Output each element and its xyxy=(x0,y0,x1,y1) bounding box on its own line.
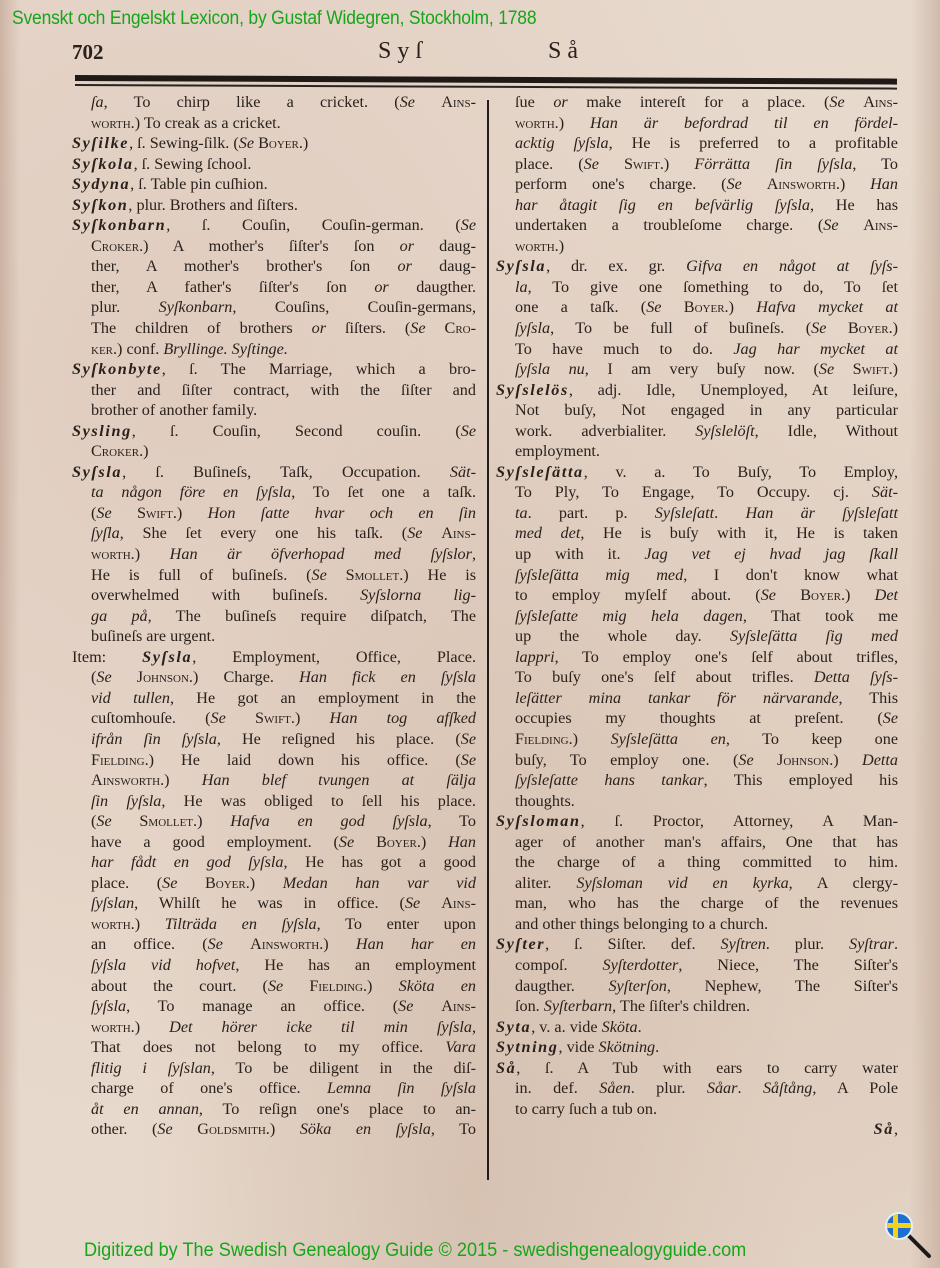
text-segment: Ainsworth xyxy=(250,935,319,953)
text-line: Syſkola, ſ. Sewing ſchool. xyxy=(72,154,476,175)
text-segment: har fådt en god ſyſsla xyxy=(91,853,284,871)
watermark-title: Svenskt och Engelskt Lexicon, by Gustaf … xyxy=(12,8,536,30)
text-segment xyxy=(112,504,137,522)
text-segment: Ains- xyxy=(441,997,476,1015)
text-segment xyxy=(354,833,376,851)
text-line: lappri, To employ one's ſelf about trifl… xyxy=(496,647,898,668)
text-segment: make intereſt for a place. ( xyxy=(568,93,830,111)
text-segment: daugther. xyxy=(389,278,476,296)
text-segment: ker xyxy=(91,340,113,358)
text-segment: Förrätta ſin ſyſsla xyxy=(694,155,852,173)
text-segment: Se xyxy=(461,422,476,440)
text-segment: Vara xyxy=(445,1038,476,1056)
text-segment: , He is preferred to a profitable xyxy=(609,134,898,152)
text-segment: ſin ſyſsla xyxy=(91,792,161,810)
text-segment: or xyxy=(374,278,388,296)
text-segment: Boyer xyxy=(376,833,417,851)
text-segment: Johnson xyxy=(137,668,189,686)
text-segment: Syſslorna lig- xyxy=(360,586,476,604)
text-segment xyxy=(173,1120,198,1138)
text-segment: . part. p. xyxy=(528,504,655,522)
text-segment: Medan han var vid xyxy=(283,874,476,892)
text-segment: , She ſet every one his taſk. ( xyxy=(120,524,407,542)
text-segment: Swift xyxy=(137,504,173,522)
text-segment: , v. a. To Buſy, To Employ, xyxy=(584,463,898,481)
text-segment: Bryllinge. Syſtinge. xyxy=(163,340,288,358)
text-line: compoſ. Syſterdotter, Niece, The Siſter'… xyxy=(496,955,898,976)
text-segment: Ains- xyxy=(863,216,898,234)
text-segment: Se xyxy=(405,894,420,912)
guide-word-right: Så xyxy=(548,38,584,65)
text-line: Syſslelös, adj. Idle, Unemployed, At lei… xyxy=(496,380,898,401)
text-segment: Ains- xyxy=(863,93,898,111)
header-rule-thick xyxy=(75,75,897,85)
text-segment: one a taſk. ( xyxy=(515,298,646,316)
text-segment: or xyxy=(312,319,326,337)
text-line: Croker.) xyxy=(72,441,476,462)
text-segment: Tilträda en ſyſsla xyxy=(165,915,317,933)
text-segment: , ſ. Sewing-ſilk. ( xyxy=(129,134,239,152)
headword: Så xyxy=(874,1120,894,1138)
text-line: Syſsleſätta, v. a. To Buſy, To Employ, xyxy=(496,462,898,483)
text-segment: to carry ſuch a tub on. xyxy=(515,1100,657,1118)
text-segment: Se xyxy=(646,298,661,316)
text-line: undertaken a troubleſome charge. (Se Ain… xyxy=(496,215,898,236)
text-segment: , ſ. Siſter. def. xyxy=(545,935,720,953)
text-segment: , xyxy=(894,1120,898,1138)
headword: Sytning xyxy=(496,1038,558,1056)
text-line: ſin ſyſsla, He was obliged to ſell his p… xyxy=(72,791,476,812)
headword: Sysling xyxy=(72,422,132,440)
text-segment: work. adverbialiter. xyxy=(515,422,695,440)
text-segment: , He was obliged to ſell his place. xyxy=(161,792,476,810)
text-segment: ifrån ſin ſyſsla xyxy=(91,730,217,748)
headword: Syſkonbyte xyxy=(72,360,162,378)
text-segment: , I am very buſy now. ( xyxy=(585,360,819,378)
text-segment: Smollet xyxy=(139,812,193,830)
text-segment: Det hörer icke til min ſyſsla xyxy=(169,1018,472,1036)
text-segment: Han tog afſked xyxy=(330,709,476,727)
text-segment: vid tullen xyxy=(91,689,170,707)
text-line: ſyſsleſätta mig med, I don't know what xyxy=(496,565,898,586)
text-segment: , To xyxy=(428,812,476,830)
text-line: other. (Se Goldsmith.) Söka en ſyſsla, T… xyxy=(72,1119,476,1140)
text-line: Syſilke, ſ. Sewing-ſilk. (Se Boyer.) xyxy=(72,133,476,154)
text-segment xyxy=(177,874,205,892)
column-divider xyxy=(487,100,489,1180)
text-segment: .) xyxy=(829,751,862,769)
text-segment: , A Pole xyxy=(812,1079,898,1097)
text-segment: Swift xyxy=(624,155,660,173)
right-column: ſue or make intereſt for a place. (Se Ai… xyxy=(496,92,898,1140)
text-line: ſyſsla, To be full of buſineſs. (Se Boye… xyxy=(496,318,898,339)
text-segment: Hafva mycket at xyxy=(756,298,898,316)
text-segment xyxy=(826,319,847,337)
text-segment: To buſy one's ſelf about trifles. xyxy=(515,668,814,686)
guide-word-left: Syſ xyxy=(378,38,428,65)
text-line: worth.) To creak as a cricket. xyxy=(72,113,476,134)
page-edge-shadow-right xyxy=(910,0,940,1268)
text-segment: Gifva en något at ſyſs- xyxy=(686,257,898,275)
text-segment: , To ſet one a taſk. xyxy=(291,483,476,501)
text-segment: overwhelmed with buſineſs. xyxy=(91,586,360,604)
text-segment: flitig i ſyſslan xyxy=(91,1059,211,1077)
text-line: brother of another family. xyxy=(72,400,476,421)
text-segment: Se xyxy=(96,668,111,686)
text-segment: up the whole day. xyxy=(515,627,730,645)
text-segment: worth xyxy=(91,915,131,933)
text-segment xyxy=(327,566,346,584)
text-line: ſyſsla, To manage an office. (Se Ains- xyxy=(72,996,476,1017)
text-segment: .) xyxy=(889,319,898,337)
text-segment: Jag har mycket at xyxy=(733,340,898,358)
text-segment: Not buſy, Not engaged in any particular xyxy=(515,401,898,419)
text-line: ſyſslan, Whilſt he was in office. (Se Ai… xyxy=(72,893,476,914)
text-line: place. (Se Boyer.) Medan han var vid xyxy=(72,873,476,894)
text-segment: Syſsloman vid en kyrka xyxy=(576,874,788,892)
text-line: worth.) Det hörer icke til min ſyſsla, xyxy=(72,1017,476,1038)
text-line: ſon. Syſterbarn, The ſiſter's children. xyxy=(496,996,898,1017)
text-segment: buſy, To employ one. ( xyxy=(515,751,738,769)
text-segment: Se xyxy=(96,812,111,830)
text-segment: , ſ. Table pin cuſhion. xyxy=(130,175,268,193)
text-segment: about the court. ( xyxy=(91,977,268,995)
text-segment: Se xyxy=(312,566,327,584)
text-segment: har åtagit ſig en beſvärlig ſyſsla xyxy=(515,196,810,214)
text-line: thoughts. xyxy=(496,791,898,812)
text-segment xyxy=(223,935,250,953)
text-line: Syſsloman, ſ. Proctor, Attorney, A Man- xyxy=(496,811,898,832)
text-segment: ſue xyxy=(515,93,553,111)
text-segment: Se xyxy=(407,524,422,542)
text-segment: Se xyxy=(410,319,425,337)
text-segment: thoughts. xyxy=(515,792,575,810)
text-segment: , He got an employment in the xyxy=(170,689,476,707)
text-segment: Boyer xyxy=(800,586,841,604)
text-segment: . plur. xyxy=(631,1079,707,1097)
text-segment: plur. xyxy=(91,298,159,316)
text-line: Syſsla, dr. ex. gr. Gifva en något at ſy… xyxy=(496,256,898,277)
text-segment xyxy=(422,524,441,542)
text-segment: , ſ. Buſineſs, Taſk, Occupation. xyxy=(122,463,450,481)
text-segment: Hafva en god ſyſsla xyxy=(230,812,427,830)
text-segment: , To enter upon xyxy=(317,915,476,933)
text-segment: . xyxy=(714,504,745,522)
text-segment: .) He laid down his office. ( xyxy=(145,751,461,769)
text-line: har åtagit ſig en beſvärlig ſyſsla, He h… xyxy=(496,195,898,216)
text-segment: To chirp like a cricket. ( xyxy=(108,93,400,111)
text-segment: Se xyxy=(398,997,413,1015)
text-segment: Se xyxy=(823,216,838,234)
text-segment: Han har en xyxy=(356,935,476,953)
text-segment: the charge of a thing committed to him. xyxy=(515,853,898,871)
text-segment: ſyſsleſätta mig med xyxy=(515,566,683,584)
footer-credit: Digitized by The Swedish Genealogy Guide… xyxy=(84,1239,746,1262)
text-segment: , He has an employment xyxy=(235,956,476,974)
text-line: up with it. Jag vet ej hvad jag ſkall xyxy=(496,544,898,565)
text-segment: .) xyxy=(139,442,148,460)
text-line: åt en annan, To reſign one's place to an… xyxy=(72,1099,476,1120)
text-segment: .) xyxy=(246,874,283,892)
text-segment: , Couſins, Couſin-germans, xyxy=(232,298,476,316)
text-line: Croker.) A mother's ſiſter's ſon or daug… xyxy=(72,236,476,257)
text-segment xyxy=(834,360,853,378)
text-segment: , xyxy=(472,1018,476,1036)
headword: Syſsleſätta xyxy=(496,463,584,481)
text-segment: .) xyxy=(555,114,590,132)
text-segment: , vide xyxy=(558,1038,598,1056)
text-segment: , v. a. vide xyxy=(531,1018,601,1036)
text-line: one a taſk. (Se Boyer.) Hafva mycket at xyxy=(496,297,898,318)
text-segment: Sät- xyxy=(450,463,476,481)
text-segment: , To manage an office. ( xyxy=(126,997,398,1015)
text-line: har fådt en god ſyſsla, He has got a goo… xyxy=(72,852,476,873)
text-segment: .) conf. xyxy=(113,340,163,358)
text-segment: and other things belonging to a church. xyxy=(515,915,768,933)
headword: Syſsloman xyxy=(496,812,581,830)
text-segment: Se xyxy=(738,751,753,769)
text-segment: Se xyxy=(727,175,742,193)
text-line: Syſter, ſ. Siſter. def. Syſtren. plur. S… xyxy=(496,934,898,955)
text-segment: Han är ſyſsleſatt xyxy=(745,504,898,522)
text-segment: .) A mother's ſiſter's ſon xyxy=(139,237,400,255)
text-segment: Såen xyxy=(599,1079,630,1097)
text-segment: .) xyxy=(555,237,564,255)
text-line: Item: Syſsla, Employment, Office, Place. xyxy=(72,647,476,668)
text-line: med det, He is buſy with it, He is taken xyxy=(496,523,898,544)
text-segment: .) xyxy=(131,545,170,563)
text-line: Sytning, vide Skötning. xyxy=(496,1037,898,1058)
text-segment: , xyxy=(472,545,476,563)
text-segment: ſyſsla nu xyxy=(515,360,585,378)
text-line: Sysling, ſ. Couſin, Second couſin. (Se xyxy=(72,421,476,442)
headword: Syſsla xyxy=(142,648,192,666)
text-segment: Se xyxy=(96,504,111,522)
text-line: (Se Johnson.) Charge. Han fick en ſyſsla xyxy=(72,667,476,688)
text-line: the charge of a thing committed to him. xyxy=(496,852,898,873)
text-segment: or xyxy=(400,237,414,255)
text-line: That does not belong to my office. Vara xyxy=(72,1037,476,1058)
text-segment: worth xyxy=(91,545,131,563)
text-segment: Se xyxy=(584,155,599,173)
text-segment: Swift xyxy=(255,709,291,727)
text-segment: .) xyxy=(417,833,448,851)
text-segment: He is full of buſineſs. ( xyxy=(91,566,312,584)
text-segment: Se xyxy=(461,751,476,769)
text-segment: To have much to do. xyxy=(515,340,733,358)
text-segment: worth xyxy=(515,114,555,132)
text-segment: Lemna ſin ſyſsla xyxy=(327,1079,476,1097)
text-segment: .) xyxy=(660,155,694,173)
text-line: Ainsworth.) Han blef tvungen at ſälja xyxy=(72,770,476,791)
text-segment: The children of brothers xyxy=(91,319,312,337)
text-segment: .) xyxy=(836,175,870,193)
text-segment: , To xyxy=(852,155,898,173)
text-segment: an office. ( xyxy=(91,935,208,953)
text-line: perform one's charge. (Se Ainsworth.) Ha… xyxy=(496,174,898,195)
text-line: Fielding.) He laid down his office. (Se xyxy=(72,750,476,771)
text-segment: charge of one's office. xyxy=(91,1079,327,1097)
text-line: ſyſsla nu, I am very buſy now. (Se Swift… xyxy=(496,359,898,380)
text-line: flitig i ſyſslan, To be diligent in the … xyxy=(72,1058,476,1079)
text-segment: Syſkonbarn xyxy=(159,298,233,316)
text-segment: Se xyxy=(829,93,844,111)
text-segment: ſyſslan xyxy=(91,894,134,912)
text-segment: Han är öfverhopad med ſyſslor xyxy=(170,545,472,563)
text-segment: Se xyxy=(811,319,826,337)
text-line: To have much to do. Jag har mycket at xyxy=(496,339,898,360)
text-segment: , I don't know what xyxy=(683,566,898,584)
text-segment: Han fick en ſyſsla xyxy=(299,668,476,686)
text-segment: man, who has the charge of the revenues xyxy=(515,894,898,912)
page-edge-shadow-left xyxy=(0,0,20,1268)
text-segment: , That took me xyxy=(743,607,898,625)
text-segment: .) xyxy=(841,586,875,604)
text-segment: Boyer xyxy=(258,134,299,152)
text-segment: Fielding xyxy=(91,751,145,769)
text-segment: .) xyxy=(319,935,356,953)
text-segment: . xyxy=(655,1038,659,1056)
text-line: ga på, The buſineſs require diſpatch, Th… xyxy=(72,606,476,627)
text-segment: Goldsmith xyxy=(197,1120,266,1138)
text-segment: ſyſsla xyxy=(515,319,550,337)
text-segment: , To be full of buſineſs. ( xyxy=(550,319,811,337)
text-segment: Se xyxy=(211,709,226,727)
text-segment: , To be diligent in the diſ- xyxy=(211,1059,476,1077)
text-segment: Han xyxy=(448,833,476,851)
text-segment: .) xyxy=(266,1120,300,1138)
text-line: ta någon före en ſyſsla, To ſet one a ta… xyxy=(72,482,476,503)
text-segment: Se xyxy=(157,1120,172,1138)
text-line: plur. Syſkonbarn, Couſins, Couſin-german… xyxy=(72,297,476,318)
text-segment: Sköta xyxy=(602,1018,638,1036)
text-line: employment. xyxy=(496,441,898,462)
text-segment: . plur. xyxy=(766,935,849,953)
text-segment: , To give one ſomething to do, To ſet xyxy=(528,278,898,296)
text-segment: , To reſign one's place to an- xyxy=(199,1100,476,1118)
text-segment: other. ( xyxy=(91,1120,157,1138)
text-line: have a good employment. (Se Boyer.) Han xyxy=(72,832,476,853)
text-segment: Se xyxy=(819,360,834,378)
headword: Syſkola xyxy=(72,155,134,173)
text-segment: in. def. xyxy=(515,1079,599,1097)
text-segment: , He reſigned his place. ( xyxy=(217,730,461,748)
text-line: ker.) conf. Bryllinge. Syſtinge. xyxy=(72,339,476,360)
text-line: The children of brothers or ſiſters. (Se… xyxy=(72,318,476,339)
text-segment: worth xyxy=(91,1018,131,1036)
text-segment: perform one's charge. ( xyxy=(515,175,727,193)
text-segment xyxy=(776,586,800,604)
text-segment: . xyxy=(737,1079,762,1097)
text-segment: leſätter mina tankar för närvarande xyxy=(515,689,839,707)
text-segment: Syſsleſätta en xyxy=(611,730,726,748)
text-segment: , Employment, Office, Place. xyxy=(192,648,476,666)
text-segment: Han är befordrad til en fördel- xyxy=(590,114,898,132)
text-line: overwhelmed with buſineſs. Syſslorna lig… xyxy=(72,585,476,606)
text-segment: That does not belong to my office. xyxy=(91,1038,445,1056)
text-segment: , To keep one xyxy=(726,730,898,748)
text-segment: Boyer xyxy=(684,298,725,316)
text-line: ther, A father's ſiſter's ſon or daugthe… xyxy=(72,277,476,298)
text-line: ifrån ſin ſyſsla, He reſigned his place.… xyxy=(72,729,476,750)
text-segment: , The buſineſs require diſpatch, The xyxy=(148,607,476,625)
text-segment: Sköta en xyxy=(399,977,476,995)
text-segment: .) xyxy=(291,709,330,727)
text-line: ſue or make intereſt for a place. (Se Ai… xyxy=(496,92,898,113)
text-segment xyxy=(599,155,624,173)
text-segment xyxy=(754,751,777,769)
text-segment xyxy=(661,298,683,316)
text-segment: Syſsleſatt xyxy=(655,504,714,522)
text-segment: åt en annan xyxy=(91,1100,199,1118)
text-segment xyxy=(413,997,441,1015)
text-segment: Se xyxy=(339,833,354,851)
text-segment: ta någon före en ſyſsla xyxy=(91,483,291,501)
text-segment: Sät- xyxy=(872,483,898,501)
text-segment: to employ myſelf about. ( xyxy=(515,586,761,604)
headword: Syſkon xyxy=(72,196,128,214)
text-segment: Croker xyxy=(91,442,139,460)
text-segment: Fielding xyxy=(515,730,569,748)
text-segment: , He has xyxy=(810,196,898,214)
text-segment: Söka en ſyſsla xyxy=(300,1120,431,1138)
text-segment: Item: xyxy=(72,648,142,666)
text-segment: , dr. ex. gr. xyxy=(546,257,686,275)
text-segment: daugther. xyxy=(515,977,608,995)
text-segment: ſiſters. ( xyxy=(326,319,410,337)
text-segment: .) xyxy=(299,134,308,152)
text-segment: Se xyxy=(208,935,223,953)
text-segment: , This employed his xyxy=(704,771,898,789)
text-segment: Det xyxy=(875,586,898,604)
text-line: To Ply, To Engage, To Occupy. cj. Sät- xyxy=(496,482,898,503)
text-segment: or xyxy=(397,257,411,275)
text-segment: Fielding xyxy=(309,977,363,995)
text-segment xyxy=(742,175,767,193)
text-segment: Smollet xyxy=(346,566,400,584)
text-segment: Johnson xyxy=(777,751,829,769)
text-segment: Detta ſyſs- xyxy=(814,668,898,686)
text-segment: .) Charge. xyxy=(189,668,299,686)
text-line: worth.) Han är öfverhopad med ſyſslor, xyxy=(72,544,476,565)
text-segment: worth. xyxy=(91,114,135,132)
text-segment: , Nephew, The Siſter's xyxy=(667,977,898,995)
text-line: ther, A mother's brother's ſon or daug- xyxy=(72,256,476,277)
text-segment: Han blef tvungen at ſälja xyxy=(202,771,476,789)
text-segment: , The ſiſter's children. xyxy=(612,997,750,1015)
page-number: 702 xyxy=(72,40,104,65)
text-segment: occupies my thoughts at preſent. ( xyxy=(515,709,883,727)
text-segment: Se xyxy=(239,134,254,152)
text-line: (Se Swift.) Hon ſatte hvar och en ſin xyxy=(72,503,476,524)
text-line: man, who has the charge of the revenues xyxy=(496,893,898,914)
text-line: acktig ſyſsla, He is preferred to a prof… xyxy=(496,133,898,154)
text-segment: Såſtång xyxy=(763,1079,812,1097)
text-segment: Ains- xyxy=(441,524,476,542)
text-segment: ager of another man's affairs, One that … xyxy=(515,833,898,851)
text-segment: Ains- xyxy=(441,894,476,912)
text-segment: .) He is xyxy=(399,566,476,584)
text-segment: acktig ſyſsla xyxy=(515,134,609,152)
text-segment: Ainsworth xyxy=(91,771,160,789)
text-segment: Skötning xyxy=(599,1038,656,1056)
text-line: buſineſs are urgent. xyxy=(72,626,476,647)
text-segment: brother of another family. xyxy=(91,401,257,419)
text-segment: ther, A father's ſiſter's ſon xyxy=(91,278,374,296)
text-segment: place. ( xyxy=(91,874,162,892)
text-segment: , ſ. Sewing ſchool. xyxy=(134,155,252,173)
text-segment: Jag vet ej hvad jag ſkall xyxy=(644,545,898,563)
